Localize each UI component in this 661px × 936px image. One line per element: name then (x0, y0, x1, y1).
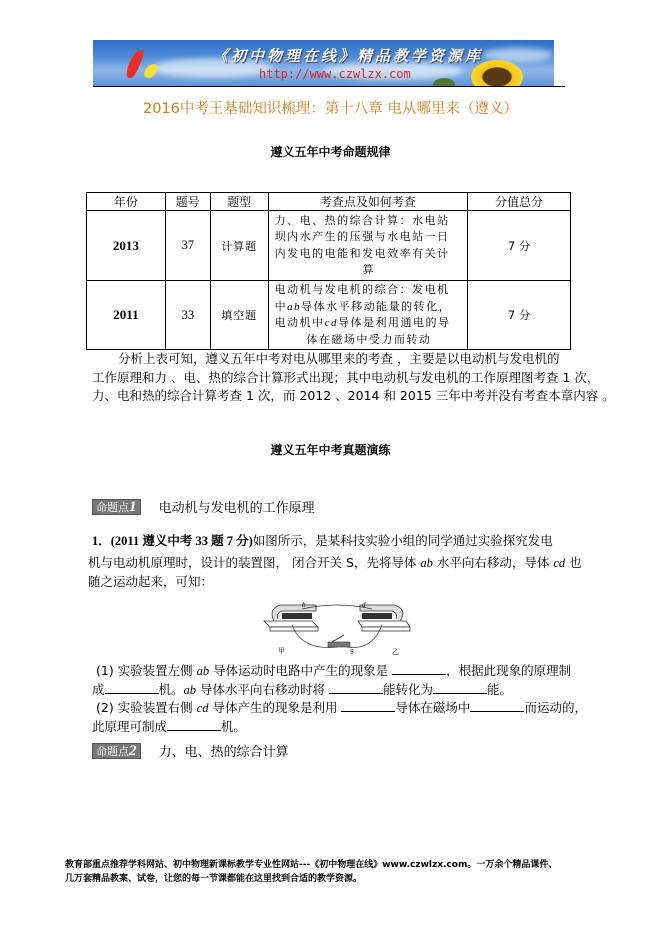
sunflower-icon (471, 60, 523, 86)
conductor-ab: ab (287, 301, 301, 313)
cell-number: 37 (165, 211, 210, 281)
label-b: b (302, 601, 306, 609)
text: 中 (275, 300, 288, 313)
table-row: 2011 33 填空题 电动机与发电机的综合：发电机 中ab导体水平移动能量的转… (87, 281, 571, 350)
banner-title: 《初中物理在线》精品教学资源库 (213, 45, 483, 66)
question-line: 机与电动机原理时，设计的装置图， 闭合开关 S，先将导体 ab 水平向右移动，导… (88, 552, 582, 574)
analysis-line: 分析上表可知，遵义五年中考对电从哪里来的考查 ，主要是以电动机与发电机的 (92, 350, 570, 369)
text: 能转化为 (383, 682, 433, 697)
conductor-cd: cd (197, 701, 209, 715)
conductor-cd: cd (325, 317, 338, 329)
text: 导体在磁场中 (395, 700, 470, 715)
badge-text: 命题点 (96, 501, 129, 514)
content-line: 中ab导体水平移动能量的转化， (275, 299, 464, 316)
text: (1) 实验装置左侧 (96, 663, 197, 678)
site-banner: 《初中物理在线》精品教学资源库 http://www.czwlzx.com (93, 40, 554, 86)
label-d: d (362, 601, 366, 609)
text: 机与电动机原理时，设计的装置图， 闭合开关 S，先将导体 (88, 555, 420, 570)
conductor-cd: cd (553, 556, 565, 570)
topic-label: 力、电、热的综合计算 (159, 745, 289, 760)
conductor-ab: ab (184, 683, 197, 697)
section-title-rules: 遵义五年中考命题规律 (0, 143, 661, 160)
text: 机。 (159, 682, 184, 697)
topic-badge: 命题点1 (92, 499, 141, 515)
text: 导体水平向右移动时将 (196, 682, 329, 697)
header-year: 年份 (87, 193, 166, 211)
content-line: 内发电的电能和发电效率有关计 (275, 246, 464, 263)
cell-year: 2011 (87, 281, 166, 350)
question-line: 1．(2011 遵义中考 33 题 7 分)如图所示，是某科技实验小组的同学通过… (92, 530, 582, 552)
answer-blank[interactable] (329, 681, 383, 694)
label-switch: S (350, 648, 354, 655)
text: 电动机中 (275, 316, 325, 329)
answer-blank[interactable] (433, 681, 487, 694)
sub-question-1: (1) 实验装置左侧 ab 导体运动时电路中产生的现象是 ，根据此现象的原理制 (92, 662, 587, 681)
text: (2) 实验装置右侧 (96, 700, 197, 715)
header-score: 分值总分 (468, 193, 571, 211)
badge-number: 2 (129, 743, 137, 759)
cell-type: 计算题 (210, 211, 268, 281)
sub-question-2-cont: 此原理可制成机。 (92, 718, 587, 737)
header-content: 考查点及如何考查 (268, 193, 468, 211)
conductor-ab: ab (420, 556, 433, 570)
text: 水平向右移动，导体 (433, 555, 553, 570)
header-number: 题号 (165, 193, 210, 211)
table-header-row: 年份 题号 题型 考查点及如何考查 分值总分 (87, 193, 571, 211)
question-1: 1．(2011 遵义中考 33 题 7 分)如图所示，是某科技实验小组的同学通过… (92, 530, 582, 590)
table-row: 2013 37 计算题 力、电、热的综合计算：水电站 坝内水产生的压强与水电站一… (87, 211, 571, 281)
exam-pattern-table: 年份 题号 题型 考查点及如何考查 分值总分 2013 37 计算题 力、电、热… (86, 192, 571, 350)
sub-question-1-cont: 成机。ab 导体水平向右移动时将 能转化为能。 (92, 681, 587, 700)
cell-score: 7 分 (468, 211, 571, 281)
text: 而运动的， (524, 700, 587, 715)
question-line: 随之运动起来，可知： (88, 574, 582, 590)
text: 导体产生的现象是利用 (208, 700, 341, 715)
sub-questions: (1) 实验装置左侧 ab 导体运动时电路中产生的现象是 ，根据此现象的原理制 … (92, 662, 587, 736)
question-number: 1． (92, 534, 111, 548)
text: 机。 (221, 719, 246, 734)
content-line: 坝内水产生的压强与水电站一日 (275, 229, 464, 246)
text: 也 (565, 555, 581, 570)
footer-line: 几万套精品教案、试卷，让您的每一节课都能在这里找到合适的教学资源。 (65, 872, 557, 886)
badge-text: 命题点 (96, 745, 129, 758)
text: 能。 (487, 682, 512, 697)
analysis-line: 工作原理和力 、电、热的综合计算形式出现；其中电动机与发电机的工作原理图考查 1… (92, 369, 570, 388)
section-title-practice: 遵义五年中考真题演练 (0, 441, 661, 458)
answer-blank[interactable] (392, 662, 446, 675)
cell-number: 33 (165, 281, 210, 350)
analysis-paragraph: 分析上表可知，遵义五年中考对电从哪里来的考查 ，主要是以电动机与发电机的 工作原… (92, 350, 570, 406)
cell-content: 电动机与发电机的综合：发电机 中ab导体水平移动能量的转化， 电动机中cd导体是… (268, 281, 468, 350)
page-footer: 教育部重点推荐学科网站、初中物理新课标教学专业性网站---《初中物理在线》www… (65, 858, 557, 886)
cell-content: 力、电、热的综合计算：水电站 坝内水产生的压强与水电站一日 内发电的电能和发电效… (268, 211, 468, 281)
experiment-apparatus-figure: b d 甲 S 乙 (262, 595, 412, 655)
conductor-ab: ab (197, 664, 210, 678)
cell-score: 7 分 (468, 281, 571, 350)
answer-blank[interactable] (341, 699, 395, 712)
label-right: 乙 (392, 648, 399, 655)
content-line: 力、电、热的综合计算：水电站 (275, 213, 464, 230)
content-line: 算 (275, 262, 464, 279)
text: 此原理可制成 (92, 719, 167, 734)
sub-question-2: (2) 实验装置右侧 cd 导体产生的现象是利用 导体在磁场中而运动的， (92, 699, 587, 718)
analysis-line: 力、电和热的综合计算考查 1 次，而 2012 、2014 和 2015 三年中… (92, 387, 570, 406)
topic-badge: 命题点2 (92, 743, 141, 759)
badge-number: 1 (129, 499, 137, 515)
footer-line: 教育部重点推荐学科网站、初中物理新课标教学专业性网站---《初中物理在线》www… (65, 858, 557, 872)
cell-type: 填空题 (210, 281, 268, 350)
cell-year: 2013 (87, 211, 166, 281)
topic-point-2: 命题点2 力、电、热的综合计算 (92, 741, 289, 760)
topic-point-1: 命题点1 电动机与发电机的工作原理 (92, 497, 315, 516)
text: 导体水平移动能量的转化， (301, 300, 451, 313)
question-source: (2011 遵义中考 33 题 7 分) (111, 534, 253, 548)
text: 成 (92, 682, 105, 697)
banner-url[interactable]: http://www.czwlzx.com (259, 67, 411, 81)
answer-blank[interactable] (105, 681, 159, 694)
lv-logo-icon (123, 50, 145, 78)
header-type: 题型 (210, 193, 268, 211)
answer-blank[interactable] (470, 699, 524, 712)
content-line: 体在磁场中受力而转动 (275, 332, 464, 349)
text: 如图所示，是某科技实验小组的同学通过实验探究发电 (253, 533, 553, 548)
content-line: 电动机与发电机的综合：发电机 (275, 282, 464, 299)
answer-blank[interactable] (167, 718, 221, 731)
content-line: 电动机中cd导体是利用通电的导 (275, 315, 464, 332)
text: ，根据此现象的原理制 (446, 663, 571, 678)
text: 导体运动时电路中产生的现象是 (209, 663, 392, 678)
label-left: 甲 (278, 647, 285, 655)
leaf-icon (433, 78, 455, 86)
banner-divider (93, 86, 565, 87)
document-title: 2016中考王基础知识梳理：第十八章 电从哪里来（遵义） (0, 97, 661, 118)
text: 导体是利用通电的导 (338, 316, 451, 329)
topic-label: 电动机与发电机的工作原理 (159, 501, 315, 516)
